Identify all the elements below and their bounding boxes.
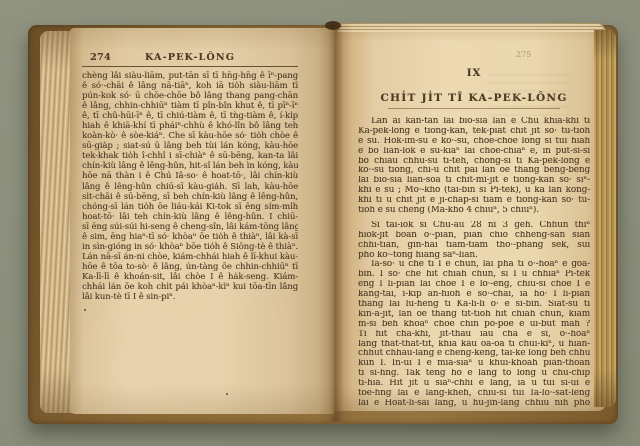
text-line: in sìn-gióng in só· khòaⁿ bōe tio̍h ê Si… (82, 242, 298, 252)
text-line: Lán nā-sī án-ni chòe, kiám-chhái hiah ê … (82, 252, 298, 262)
text-line: chhái lán ōe koh chi̍t pái khòaⁿ-kìⁿ kui… (82, 282, 298, 292)
text-line: Tī hit chá-khí, ji̍t-thâu iáu chá ê sî, … (358, 330, 590, 340)
text-line: chhut chhàu-lāng ê chêng-kéng, tāi-ke ló… (358, 349, 590, 359)
text-line: lâng ê lêng-hûn chiū-sī kàu-gia̍h. Sī la… (82, 182, 298, 192)
page-number-left: 274 (90, 52, 111, 63)
text-line: ê bô liân-lo̍k ê sū-kiāⁿ lâi chòe-chiâⁿ … (358, 147, 590, 157)
header-rule (82, 66, 298, 67)
text-line: sī ēng súi-súi hi-seng ê cheng-sîn, lâi … (82, 222, 298, 232)
text-line: tek-khak tio̍h î-chhî i sī-chiàⁿ ê sū-bē… (82, 151, 298, 161)
text-line: khí ê sū ; Mó·-kho (tāi-bīn sī Pí-tek), … (358, 186, 590, 196)
text-line: hōe nā thàn i ê Chú Iâ-so· ê hoat-tō·, l… (82, 171, 298, 181)
text-line: Ka-lī-lī ê khoán-sit, lâi chòe I ê ha̍k-… (82, 272, 298, 282)
ink-speck (84, 309, 86, 311)
text-line: ê só·-chāi ê lâng nā-tiāⁿ, koh iā tio̍h … (82, 81, 298, 91)
text-line: lâi kun-tè tī I ê sin-piⁿ. (82, 292, 298, 302)
show-through-text-smudge (488, 74, 570, 140)
text-line: hiok-ji̍t boán ô·-pian, piàn chiò chheng… (358, 231, 590, 241)
left-page-header: 274 KA-PEK-LÔNG (82, 52, 298, 64)
text-line: lâi ê Hoat-lī-sài lâng, ū hū-jîn-lâng ch… (358, 399, 590, 409)
text-line: káng-tâi, í-ki̍p an-hioh ê só·-chāi, iā … (358, 290, 590, 300)
text-line: si̍t-chāi ê sū-bēng, sī beh chín-kiù lân… (82, 192, 298, 202)
text-line: hōe ê tōa to-sò· ê lâng, ún-tàng ōe chhi… (82, 262, 298, 272)
left-page-content: 274 KA-PEK-LÔNG chèng lâi siàu-liām, put… (82, 52, 298, 302)
text-line: chhī-tiàn, gîn-hái tiám-tiám thô·-phâng … (358, 241, 590, 251)
text-line: sū-gia̍p ; siat-sú ū lâng beh tùi lán kó… (82, 141, 298, 151)
text-line: pún-kok só· ū chōe-chōe bô lâng thang pa… (82, 91, 298, 101)
text-line: kin-á-ji̍t, lán ōe thang tit-tio̍h hit c… (358, 310, 590, 320)
text-line: koàn-kò· ê sòe-kiáⁿ. Che sī kàu-hōe só· … (82, 131, 298, 141)
text-line: tōe-hng lâi ê lâng-kheh, chiū-sī tùi Iâ-… (358, 389, 590, 399)
text-line: ê, tī chû-hūi-īⁿ ê, tī chiú-tiàm ê, tī t… (82, 111, 298, 121)
text-line: chóng-sī lán tio̍h ōe liáu-kái Ki-tok sī… (82, 202, 298, 212)
text-line: hiah ê khiā-khí tī pháiⁿ-chhù ê khó-lîn … (82, 121, 298, 131)
photo-background: 274 KA-PEK-LÔNG chèng lâi siàu-liām, put… (0, 0, 640, 446)
text-line: Sî tāi-iok sī Chú-āu 28 nî 3 ge̍h. Chhun… (358, 221, 590, 231)
paragraph-2: Sî tāi-iok sī Chú-āu 28 nî 3 ge̍h. Chhun… (358, 221, 590, 261)
page-number-right-faint: 275 (516, 50, 531, 59)
text-line: chèng lâi siàu-liām, put-tān sī tī hn̄g-… (82, 71, 298, 81)
text-line: ê sim, ēng hiaⁿ-tī só· khòaⁿ ōe tio̍h ê … (82, 232, 298, 242)
paragraph-3: Iâ-so· ū chē tī I ê chûn, lâi pha tī ô·-… (358, 260, 590, 408)
text-line: ê lâng, chhin-chhiūⁿ tiàm tī pîn-bîn khu… (82, 101, 298, 111)
text-line: èng I lī-piān lâi chòe I ê lō·-ēng, chiū… (358, 280, 590, 290)
text-line: tī-hia. Hit ji̍t ū siâⁿ-chhī ê lâng, iā … (358, 379, 590, 389)
spine-top-notch (325, 21, 341, 30)
text-line: Iâ-so· ū chē tī I ê chûn, lâi pha tī ô·-… (358, 260, 590, 270)
text-line: bîn. I só· chē hit chiah chûn, sī I ū ch… (358, 270, 590, 280)
text-line: thang lâi lú-hêng tī Ka-lī-lī ô· ê sì-bî… (358, 300, 590, 310)
right-fore-edge (594, 30, 616, 407)
text-line: lâng tha̍t-tha̍t-ti̍t, khiā kàu óa-óa tī… (358, 340, 590, 350)
running-header: KA-PEK-LÔNG (145, 52, 235, 63)
open-book: 274 KA-PEK-LÔNG chèng lâi siàu-liām, put… (0, 0, 640, 446)
text-line: kūn I. In-ūi I ê miâ-siaⁿ ū khui-khoah p… (358, 359, 590, 369)
text-line: pho kó·-tōng hiáng saⁿ-liân. (358, 251, 590, 261)
text-line: tī sì-hng. Ta̍k téng hō ê lâng to lóng ū… (358, 369, 590, 379)
text-line: lâi biô-siá liân-sòa tī chi̍t-mî-ji̍t ê … (358, 176, 590, 186)
text-line: khí tī ū chi̍t ji̍t ê jī-cha̍p-sì tiám ê… (358, 196, 590, 206)
text-line: bô chiàu chhù-sū tī-teh, chóng-sī tī Ka-… (358, 157, 590, 167)
text-line: hoat-tō· lâi teh chín-kiù lâng ê lêng-hû… (82, 212, 298, 222)
ink-speck (226, 393, 228, 395)
text-line: chín-kiù lâng ê lêng-hûn, hit-sî lán beh… (82, 161, 298, 171)
left-page-text: chèng lâi siàu-liām, put-tān sī tī hn̄g-… (82, 71, 298, 302)
text-line: m̄-sī beh khòaⁿ chòe chin pó-pòe ê ûi-bu… (358, 320, 590, 330)
text-line: kò·-sū tiong, chí-ū chi̍t pái lán ōe tha… (358, 166, 590, 176)
text-line: tio̍h ê sū chêng (Má-khó 4 chiuⁿ, 5 chiu… (358, 206, 590, 216)
